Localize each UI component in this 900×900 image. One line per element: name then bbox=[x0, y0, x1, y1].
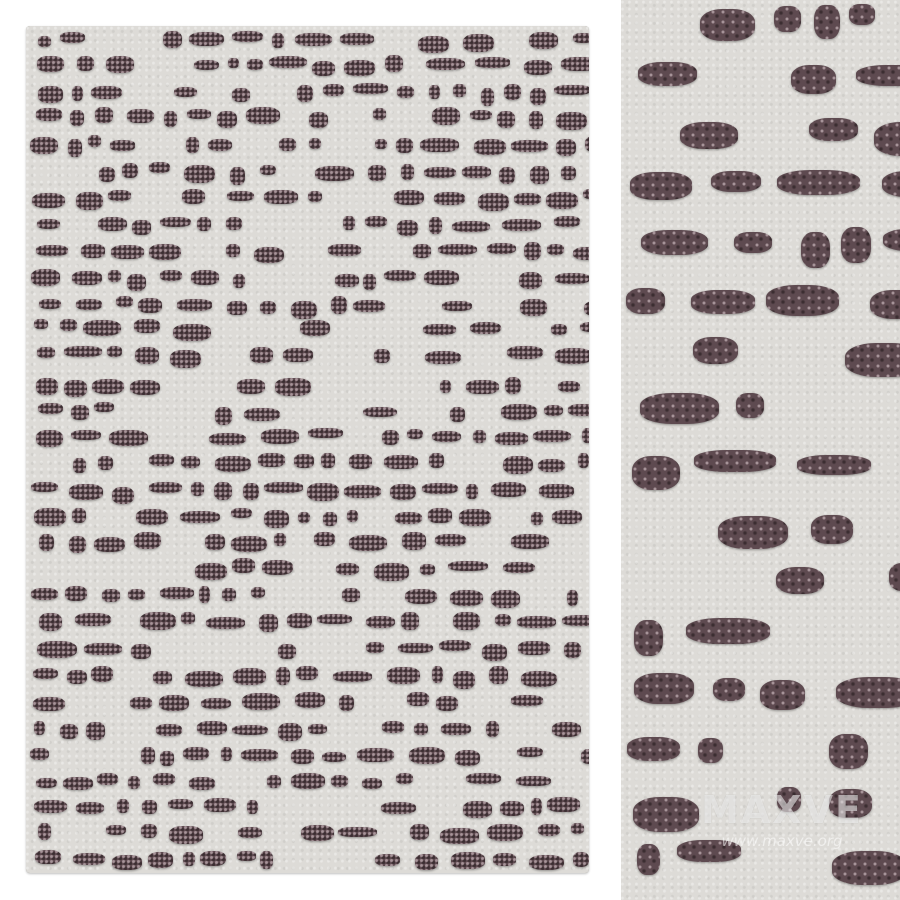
pile-tuft bbox=[347, 510, 358, 522]
pile-tuft bbox=[470, 322, 501, 334]
pile-tuft bbox=[495, 614, 512, 627]
pile-tuft bbox=[34, 800, 67, 813]
pile-tuft bbox=[314, 532, 334, 546]
pile-tuft bbox=[67, 670, 87, 685]
pile-tuft bbox=[34, 721, 45, 735]
pile-tuft bbox=[35, 850, 61, 864]
pile-tuft bbox=[308, 191, 322, 202]
pile-tuft bbox=[72, 508, 86, 523]
pile-tuft bbox=[409, 747, 445, 764]
pile-tuft bbox=[546, 192, 578, 209]
rug-detail-view bbox=[621, 0, 900, 900]
pile-tuft bbox=[208, 139, 232, 151]
pile-tuft bbox=[232, 31, 263, 42]
pile-tuft bbox=[407, 429, 423, 439]
pile-tuft bbox=[173, 324, 211, 341]
pile-tuft bbox=[814, 5, 839, 40]
pile-tuft bbox=[251, 587, 266, 599]
pile-tuft bbox=[71, 430, 100, 440]
pile-tuft bbox=[264, 510, 289, 528]
pile-tuft bbox=[637, 844, 660, 875]
pile-tuft bbox=[95, 107, 112, 122]
pile-tuft bbox=[92, 379, 124, 395]
pile-tuft bbox=[505, 377, 522, 394]
pile-tuft bbox=[237, 851, 255, 861]
pile-tuft bbox=[279, 138, 296, 151]
pile-tuft bbox=[244, 408, 280, 421]
pile-tuft bbox=[415, 854, 437, 870]
pile-tuft bbox=[191, 482, 205, 495]
pile-tuft bbox=[36, 778, 57, 788]
pile-tuft bbox=[197, 217, 212, 231]
pile-tuft bbox=[562, 615, 589, 626]
pile-tuft bbox=[801, 232, 830, 268]
pile-tuft bbox=[366, 616, 395, 629]
pile-tuft bbox=[200, 851, 226, 866]
pile-tuft bbox=[791, 65, 836, 95]
pile-tuft bbox=[183, 747, 209, 760]
pile-tuft bbox=[555, 348, 589, 363]
pile-tuft bbox=[94, 537, 125, 552]
pile-tuft bbox=[841, 227, 871, 263]
pile-tuft bbox=[634, 620, 664, 656]
pile-tuft bbox=[170, 350, 201, 368]
pile-tuft bbox=[261, 429, 299, 444]
pile-tuft bbox=[521, 671, 557, 687]
rug-full-view bbox=[26, 26, 589, 873]
pile-tuft bbox=[564, 642, 580, 658]
pile-tuft bbox=[333, 671, 372, 682]
pile-tuft bbox=[117, 799, 130, 813]
pile-tuft bbox=[181, 456, 200, 468]
pile-tuft bbox=[227, 191, 253, 201]
pile-tuft bbox=[384, 455, 418, 469]
pile-tuft bbox=[845, 343, 900, 377]
pile-tuft bbox=[407, 692, 428, 705]
pile-tuft bbox=[36, 378, 57, 395]
pile-tuft bbox=[641, 230, 709, 256]
pile-tuft bbox=[132, 220, 150, 234]
pile-tuft bbox=[632, 456, 680, 491]
pile-tuft bbox=[37, 347, 54, 358]
pile-tuft bbox=[344, 60, 375, 75]
pile-tuft bbox=[578, 453, 589, 468]
pile-tuft bbox=[381, 802, 416, 814]
pile-tuft bbox=[627, 737, 680, 760]
pile-tuft bbox=[164, 111, 177, 127]
pile-tuft bbox=[76, 192, 102, 210]
pile-tuft bbox=[718, 516, 787, 549]
pile-tuft bbox=[264, 190, 298, 204]
pile-tuft bbox=[463, 801, 492, 818]
pile-tuft bbox=[573, 33, 589, 43]
pile-tuft bbox=[829, 789, 872, 818]
pile-tuft bbox=[38, 86, 63, 102]
pile-tuft bbox=[39, 613, 63, 631]
pile-tuft bbox=[514, 193, 542, 205]
pile-tuft bbox=[455, 750, 480, 766]
pile-tuft bbox=[217, 111, 237, 128]
pile-tuft bbox=[38, 36, 51, 47]
pile-tuft bbox=[160, 751, 174, 765]
pile-tuft bbox=[72, 271, 102, 285]
pile-tuft bbox=[524, 60, 552, 75]
pile-tuft bbox=[766, 285, 839, 316]
pile-tuft bbox=[291, 749, 314, 764]
pile-tuft bbox=[432, 431, 460, 442]
pile-tuft bbox=[809, 118, 858, 141]
pile-tuft bbox=[230, 167, 245, 185]
pile-tuft bbox=[520, 299, 546, 316]
pile-tuft bbox=[375, 854, 401, 866]
pile-tuft bbox=[777, 787, 801, 811]
pile-tuft bbox=[64, 346, 101, 357]
pile-tuft bbox=[84, 643, 122, 655]
pile-tuft bbox=[531, 512, 543, 524]
pile-tuft bbox=[511, 534, 549, 549]
pile-tuft bbox=[206, 617, 245, 629]
pile-tuft bbox=[544, 405, 563, 417]
pile-tuft bbox=[432, 666, 443, 682]
pile-tuft bbox=[112, 487, 134, 505]
pile-tuft bbox=[420, 138, 459, 152]
pile-tuft bbox=[70, 110, 84, 126]
pile-tuft bbox=[405, 589, 438, 605]
pile-tuft bbox=[91, 666, 113, 682]
pile-tuft bbox=[524, 242, 541, 260]
pile-tuft bbox=[473, 430, 486, 443]
pile-tuft bbox=[308, 724, 327, 734]
pile-tuft bbox=[298, 512, 310, 523]
pile-tuft bbox=[184, 165, 215, 183]
pile-tuft bbox=[260, 851, 273, 869]
pile-tuft bbox=[573, 247, 589, 260]
pile-tuft bbox=[232, 725, 268, 736]
pile-tuft bbox=[267, 775, 282, 788]
pile-tuft bbox=[163, 31, 182, 48]
pile-tuft bbox=[199, 586, 210, 603]
pile-tuft bbox=[134, 532, 161, 549]
pile-tuft bbox=[168, 799, 193, 809]
pile-tuft bbox=[529, 111, 543, 129]
pile-tuft bbox=[112, 855, 141, 870]
pile-tuft bbox=[34, 319, 48, 329]
pile-tuft bbox=[547, 244, 564, 255]
pile-tuft bbox=[547, 797, 580, 811]
pile-tuft bbox=[60, 724, 79, 739]
pile-tuft bbox=[322, 752, 346, 762]
pile-tuft bbox=[474, 139, 506, 155]
pile-tuft bbox=[39, 534, 55, 551]
pile-tuft bbox=[32, 193, 65, 209]
pile-tuft bbox=[250, 347, 273, 362]
pile-tuft bbox=[475, 57, 510, 67]
pile-tuft bbox=[382, 430, 399, 445]
pile-tuft bbox=[323, 84, 344, 96]
pile-tuft bbox=[65, 586, 87, 601]
pile-tuft bbox=[517, 747, 543, 757]
pile-tuft bbox=[34, 508, 66, 526]
pile-tuft bbox=[856, 65, 900, 86]
pile-tuft bbox=[516, 776, 551, 786]
pile-tuft bbox=[191, 270, 219, 285]
pile-tuft bbox=[734, 232, 772, 253]
pile-tuft bbox=[64, 380, 86, 397]
pile-tuft bbox=[481, 88, 494, 106]
pile-tuft bbox=[353, 83, 388, 94]
pile-tuft bbox=[811, 515, 853, 544]
pile-tuft bbox=[177, 299, 212, 310]
pile-tuft bbox=[633, 797, 700, 832]
pile-tuft bbox=[328, 244, 360, 256]
pile-tuft bbox=[442, 301, 473, 311]
pile-tuft bbox=[583, 189, 589, 199]
pile-tuft bbox=[517, 616, 556, 628]
pile-tuft bbox=[558, 381, 580, 392]
pile-tuft bbox=[338, 827, 376, 837]
pile-tuft bbox=[222, 588, 236, 601]
pile-tuft bbox=[385, 55, 402, 72]
pile-tuft bbox=[128, 776, 141, 789]
pile-tuft bbox=[76, 299, 102, 310]
pile-tuft bbox=[432, 107, 460, 125]
pile-tuft bbox=[554, 216, 580, 227]
pile-tuft bbox=[110, 140, 135, 150]
pile-tuft bbox=[262, 560, 293, 575]
pile-tuft bbox=[397, 86, 414, 98]
pile-tuft bbox=[511, 140, 548, 151]
pile-tuft bbox=[63, 777, 93, 790]
pile-tuft bbox=[276, 667, 290, 685]
pile-tuft bbox=[81, 244, 105, 258]
pile-tuft bbox=[243, 483, 259, 500]
pile-tuft bbox=[226, 217, 242, 230]
pile-tuft bbox=[568, 404, 589, 416]
pile-tuft bbox=[148, 852, 174, 867]
pile-tuft bbox=[37, 641, 77, 659]
pile-tuft bbox=[530, 88, 546, 105]
pile-tuft bbox=[209, 433, 247, 446]
pile-tuft bbox=[38, 823, 51, 840]
pile-tuft bbox=[278, 723, 302, 741]
pile-tuft bbox=[141, 824, 157, 838]
pile-tuft bbox=[429, 85, 440, 99]
pile-tuft bbox=[450, 590, 483, 606]
pile-tuft bbox=[482, 644, 507, 661]
pile-tuft bbox=[106, 825, 126, 835]
pile-tuft bbox=[849, 4, 875, 25]
pile-tuft bbox=[519, 272, 542, 289]
pile-tuft bbox=[422, 483, 458, 494]
pile-tuft bbox=[777, 170, 860, 195]
pile-tuft bbox=[156, 724, 182, 736]
pile-tuft bbox=[556, 139, 576, 156]
pile-tuft bbox=[301, 825, 334, 841]
pile-tuft bbox=[561, 57, 589, 71]
pile-tuft bbox=[423, 324, 455, 335]
pile-tuft bbox=[136, 509, 168, 525]
pile-tuft bbox=[300, 320, 330, 336]
pile-tuft bbox=[180, 511, 219, 523]
pile-tuft bbox=[116, 296, 132, 307]
pile-tuft bbox=[551, 324, 567, 335]
pile-tuft bbox=[382, 721, 404, 732]
pile-tuft bbox=[312, 61, 335, 77]
pile-tuft bbox=[308, 428, 343, 438]
pile-tuft bbox=[374, 349, 389, 363]
pile-tuft bbox=[478, 193, 508, 211]
pile-tuft bbox=[691, 290, 755, 314]
pile-tuft bbox=[215, 456, 251, 472]
pile-tuft bbox=[366, 642, 383, 653]
pile-tuft bbox=[71, 405, 89, 420]
pile-tuft bbox=[694, 450, 776, 471]
pile-tuft bbox=[503, 562, 536, 573]
pile-tuft bbox=[396, 138, 414, 153]
pile-tuft bbox=[247, 59, 263, 70]
pile-tuft bbox=[134, 319, 160, 332]
pile-tuft bbox=[264, 482, 303, 492]
pile-tuft bbox=[344, 485, 381, 497]
pile-tuft bbox=[698, 738, 723, 763]
pile-tuft bbox=[466, 773, 501, 784]
pile-tuft bbox=[486, 721, 499, 738]
pile-tuft bbox=[556, 112, 587, 130]
pile-tuft bbox=[295, 692, 326, 708]
pile-tuft bbox=[349, 454, 371, 469]
pile-tuft bbox=[491, 482, 526, 497]
pile-tuft bbox=[149, 244, 181, 260]
pile-tuft bbox=[241, 749, 278, 761]
pile-tuft bbox=[538, 824, 560, 836]
pile-tuft bbox=[507, 346, 543, 359]
pile-tuft bbox=[491, 590, 521, 608]
pile-tuft bbox=[340, 33, 374, 45]
pile-tuft bbox=[440, 828, 479, 844]
pile-tuft bbox=[453, 84, 465, 97]
pile-tuft bbox=[581, 749, 589, 764]
pile-tuft bbox=[258, 453, 285, 466]
pile-tuft bbox=[531, 798, 542, 815]
pile-tuft bbox=[294, 454, 314, 467]
pile-tuft bbox=[395, 512, 422, 524]
pile-tuft bbox=[186, 137, 198, 153]
pile-tuft bbox=[394, 190, 424, 205]
pile-tuft bbox=[36, 430, 63, 447]
pile-tuft bbox=[363, 274, 375, 290]
pile-tuft bbox=[539, 484, 573, 498]
pile-tuft bbox=[31, 269, 61, 286]
pile-tuft bbox=[829, 734, 868, 770]
pile-tuft bbox=[453, 612, 480, 630]
pile-tuft bbox=[107, 346, 122, 357]
pile-tuft bbox=[194, 60, 219, 71]
pile-tuft bbox=[36, 108, 62, 120]
pile-tuft bbox=[331, 296, 347, 314]
pile-tuft bbox=[424, 167, 456, 178]
pile-tuft bbox=[529, 855, 564, 871]
pile-tuft bbox=[72, 86, 84, 101]
pile-tuft bbox=[174, 87, 197, 98]
pile-tuft bbox=[429, 453, 444, 468]
pile-tuft bbox=[401, 612, 418, 629]
pile-tuft bbox=[182, 189, 205, 204]
pile-tuft bbox=[335, 274, 359, 287]
pile-tuft bbox=[530, 166, 548, 184]
pile-tuft bbox=[88, 135, 101, 147]
pile-tuft bbox=[260, 301, 277, 314]
pile-tuft bbox=[197, 721, 228, 735]
pile-tuft bbox=[504, 84, 521, 100]
pile-tuft bbox=[693, 337, 738, 364]
pile-tuft bbox=[429, 217, 441, 234]
pile-tuft bbox=[571, 823, 585, 834]
pile-tuft bbox=[159, 695, 189, 711]
pile-tuft bbox=[426, 58, 465, 71]
pile-tuft bbox=[108, 190, 131, 201]
pile-tuft bbox=[502, 219, 541, 231]
pile-tuft bbox=[204, 798, 236, 812]
pile-tuft bbox=[387, 667, 419, 684]
pile-tuft bbox=[365, 216, 387, 227]
pile-tuft bbox=[353, 300, 385, 312]
pile-tuft bbox=[414, 723, 427, 736]
pile-tuft bbox=[874, 122, 900, 156]
pile-tuft bbox=[368, 165, 386, 180]
pile-tuft bbox=[357, 748, 394, 762]
pile-tuft bbox=[582, 428, 589, 443]
pile-tuft bbox=[470, 110, 493, 120]
pile-tuft bbox=[487, 824, 524, 841]
pile-tuft bbox=[450, 407, 466, 421]
pile-tuft bbox=[501, 404, 537, 420]
pile-tuft bbox=[373, 108, 387, 119]
pile-tuft bbox=[269, 56, 307, 69]
pile-tuft bbox=[231, 508, 252, 518]
pile-tuft bbox=[580, 322, 589, 332]
pile-tuft bbox=[201, 698, 231, 709]
pile-tuft bbox=[131, 644, 151, 659]
pile-tuft bbox=[832, 851, 900, 885]
pile-tuft bbox=[561, 166, 576, 180]
pile-tuft bbox=[363, 407, 397, 418]
pile-tuft bbox=[529, 32, 558, 49]
pile-tuft bbox=[375, 139, 387, 149]
pile-tuft bbox=[500, 801, 524, 817]
pile-tuft bbox=[466, 380, 499, 394]
pile-tuft bbox=[109, 430, 148, 446]
pile-tuft bbox=[153, 671, 172, 684]
pile-tuft bbox=[451, 852, 485, 868]
pile-tuft bbox=[440, 380, 451, 393]
pile-tuft bbox=[291, 773, 325, 789]
pile-tuft bbox=[247, 800, 258, 814]
pile-tuft bbox=[83, 320, 121, 336]
pile-tuft bbox=[518, 641, 550, 655]
pile-tuft bbox=[797, 455, 871, 475]
pile-tuft bbox=[259, 614, 278, 632]
pile-tuft bbox=[342, 588, 361, 602]
pile-tuft bbox=[31, 482, 58, 492]
pile-tuft bbox=[459, 509, 490, 526]
pile-tuft bbox=[231, 536, 267, 552]
pile-tuft bbox=[362, 778, 382, 789]
pile-tuft bbox=[108, 270, 120, 282]
pile-tuft bbox=[538, 459, 565, 473]
pile-tuft bbox=[307, 483, 339, 501]
pile-tuft bbox=[713, 678, 744, 701]
pile-tuft bbox=[278, 644, 296, 659]
